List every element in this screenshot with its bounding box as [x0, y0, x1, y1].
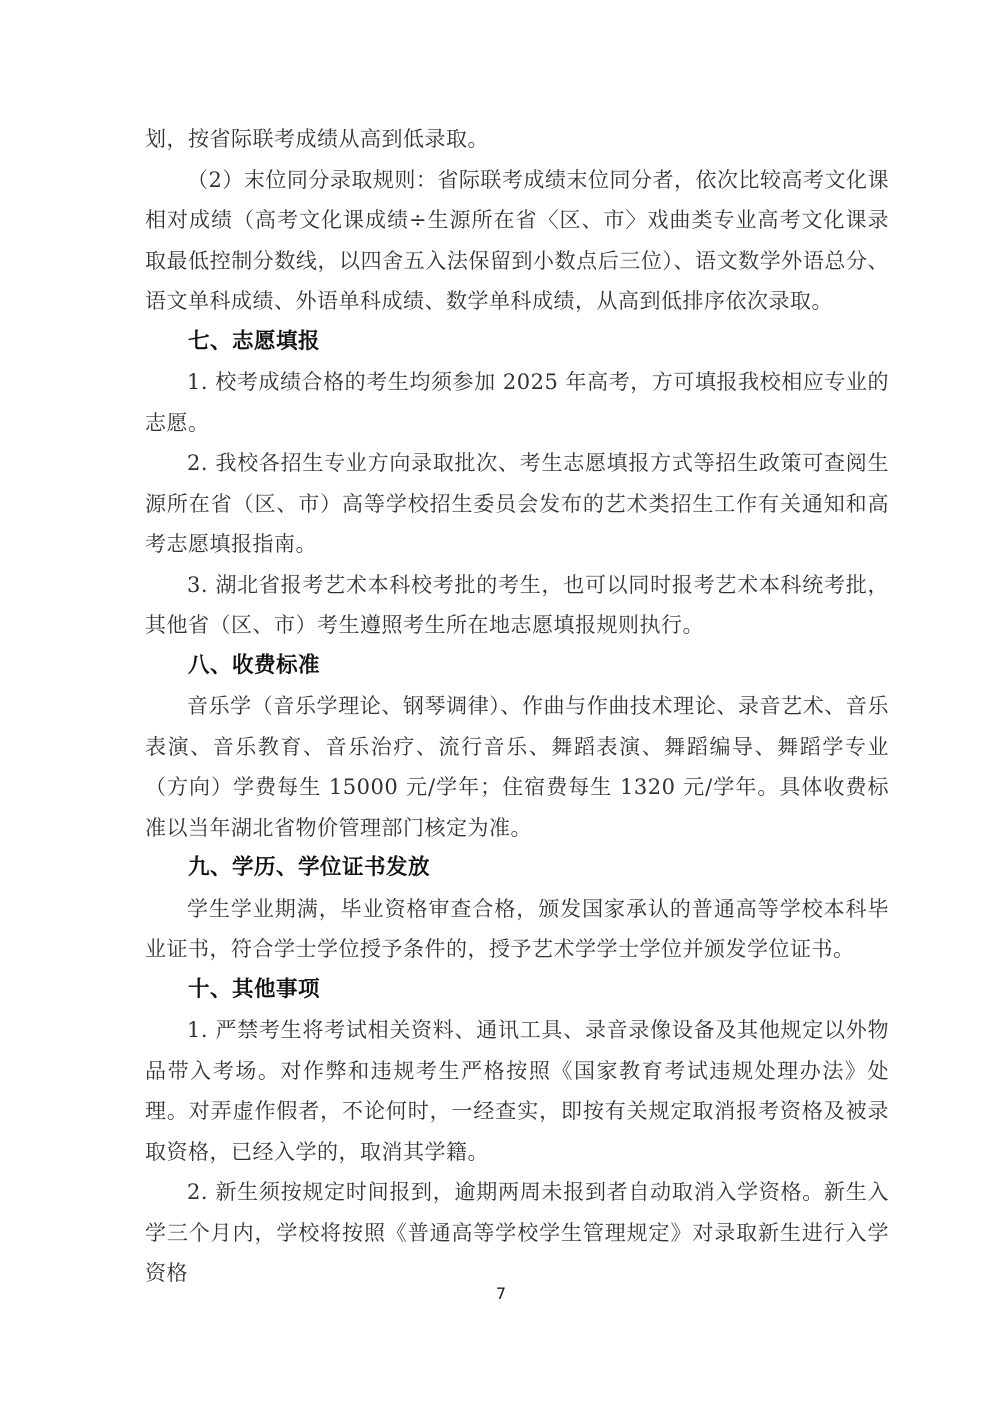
- paragraph-volunteer-item-1: 1. 校考成绩合格的考生均须参加 2025 年高考，方可填报我校相应专业的志愿。: [145, 362, 889, 443]
- paragraph-tie-break-rule: （2）末位同分录取规则：省际联考成绩末位同分者，依次比较高考文化课相对成绩（高考…: [145, 160, 889, 322]
- paragraph-volunteer-item-3: 3. 湖北省报考艺术本科校考批的考生，也可以同时报考艺术本科统考批，其他省（区、…: [145, 565, 889, 646]
- document-body: 划，按省际联考成绩从高到低录取。 （2）末位同分录取规则：省际联考成绩末位同分者…: [145, 119, 889, 1294]
- paragraph-diploma-detail: 学生学业期满，毕业资格审查合格，颁发国家承认的普通高等学校本科毕业证书，符合学士…: [145, 889, 889, 970]
- section-heading-fee-standard: 八、收费标准: [145, 646, 889, 687]
- paragraph-fee-detail: 音乐学（音乐学理论、钢琴调律）、作曲与作曲技术理论、录音艺术、音乐表演、音乐教育…: [145, 686, 889, 848]
- paragraph-admission-rule-continuation: 划，按省际联考成绩从高到低录取。: [145, 119, 889, 160]
- page-number: 7: [0, 1283, 1002, 1305]
- section-heading-volunteer-application: 七、志愿填报: [145, 322, 889, 363]
- section-heading-other-matters: 十、其他事项: [145, 970, 889, 1011]
- paragraph-other-item-1: 1. 严禁考生将考试相关资料、通讯工具、录音录像设备及其他规定以外物品带入考场。…: [145, 1010, 889, 1172]
- paragraph-volunteer-item-2: 2. 我校各招生专业方向录取批次、考生志愿填报方式等招生政策可查阅生源所在省（区…: [145, 443, 889, 565]
- document-page: 划，按省际联考成绩从高到低录取。 （2）末位同分录取规则：省际联考成绩末位同分者…: [0, 0, 1002, 1421]
- section-heading-diploma-degree: 九、学历、学位证书发放: [145, 848, 889, 889]
- paragraph-other-item-2: 2. 新生须按规定时间报到，逾期两周未报到者自动取消入学资格。新生入学三个月内，…: [145, 1172, 889, 1294]
